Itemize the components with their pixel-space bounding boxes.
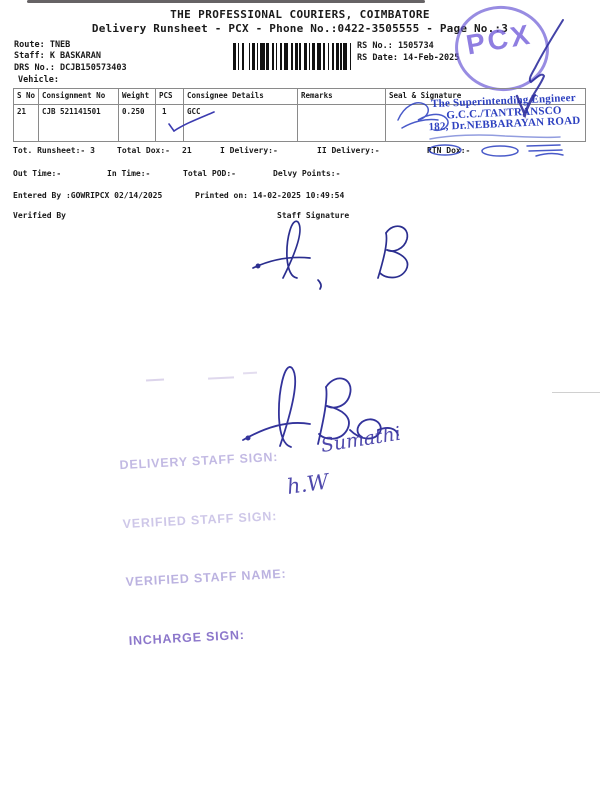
stamp-smudge: [243, 372, 257, 374]
barcode: [233, 43, 353, 70]
out-time: Out Time:-: [13, 169, 61, 178]
total-dox-value: 21: [182, 146, 192, 155]
col-pcs: PCS: [156, 89, 184, 105]
verify-stamp-line-2: VERIFIED STAFF SIGN:: [122, 500, 393, 534]
delivery-runsheet-document: THE PROFESSIONAL COURIERS, COIMBATORE De…: [0, 0, 600, 800]
stamp-smudge: [146, 379, 164, 381]
tot-runsheet: Tot. Runsheet:- 3: [13, 146, 95, 155]
rtn-dox: RTN Dox:-: [427, 146, 470, 155]
cell-consignee: GCC: [184, 105, 298, 142]
scan-artifact-line: [552, 392, 600, 393]
col-consignee: Consignee Details: [184, 89, 298, 105]
stamp-smudge: [208, 376, 234, 379]
col-remarks: Remarks: [298, 89, 386, 105]
delvy-points: Delvy Points:-: [273, 169, 340, 178]
cell-weight: 0.250: [119, 105, 156, 142]
cell-consignment: CJB 521141501: [39, 105, 119, 142]
col-s-no: S No: [14, 89, 39, 105]
route-line: Route: TNEB: [14, 40, 70, 50]
staff-signature-label: Staff Signature: [277, 211, 349, 220]
verify-stamp-line-4: INCHARGE SIGN:: [128, 617, 399, 651]
total-pod: Total POD:-: [183, 169, 236, 178]
col-consignment: Consignment No: [39, 89, 119, 105]
verified-by-label: Verified By: [13, 211, 66, 220]
rs-no-line: RS No.: 1505734: [357, 41, 434, 51]
in-time: In Time:-: [107, 169, 150, 178]
verification-stamp: DELIVERY STAFF SIGN: VERIFIED STAFF SIGN…: [117, 403, 401, 690]
total-dox-label: Total Dox:-: [117, 146, 170, 155]
printed-on: Printed on: 14-02-2025 10:49:54: [195, 191, 344, 200]
i-delivery: I Delivery:-: [220, 146, 278, 155]
cell-remarks: [298, 105, 386, 142]
rs-date-line: RS Date: 14-Feb-2025: [357, 53, 459, 63]
scan-artifact-strip: [27, 0, 425, 3]
cell-s-no: 21: [14, 105, 39, 142]
staff-signature: [253, 221, 408, 289]
cell-pcs: 1: [156, 105, 184, 142]
vehicle-line: Vehicle:: [18, 75, 59, 85]
ii-delivery: II Delivery:-: [317, 146, 380, 155]
verify-stamp-line-3: VERIFIED STAFF NAME:: [125, 559, 396, 593]
entered-by: Entered By :GOWRIPCX 02/14/2025: [13, 191, 162, 200]
drs-no-line: DRS No.: DCJB150573403: [14, 63, 127, 73]
verify-stamp-line-1: DELIVERY STAFF SIGN:: [119, 442, 390, 476]
col-weight: Weight: [119, 89, 156, 105]
staff-line: Staff: K BASKARAN: [14, 51, 101, 61]
